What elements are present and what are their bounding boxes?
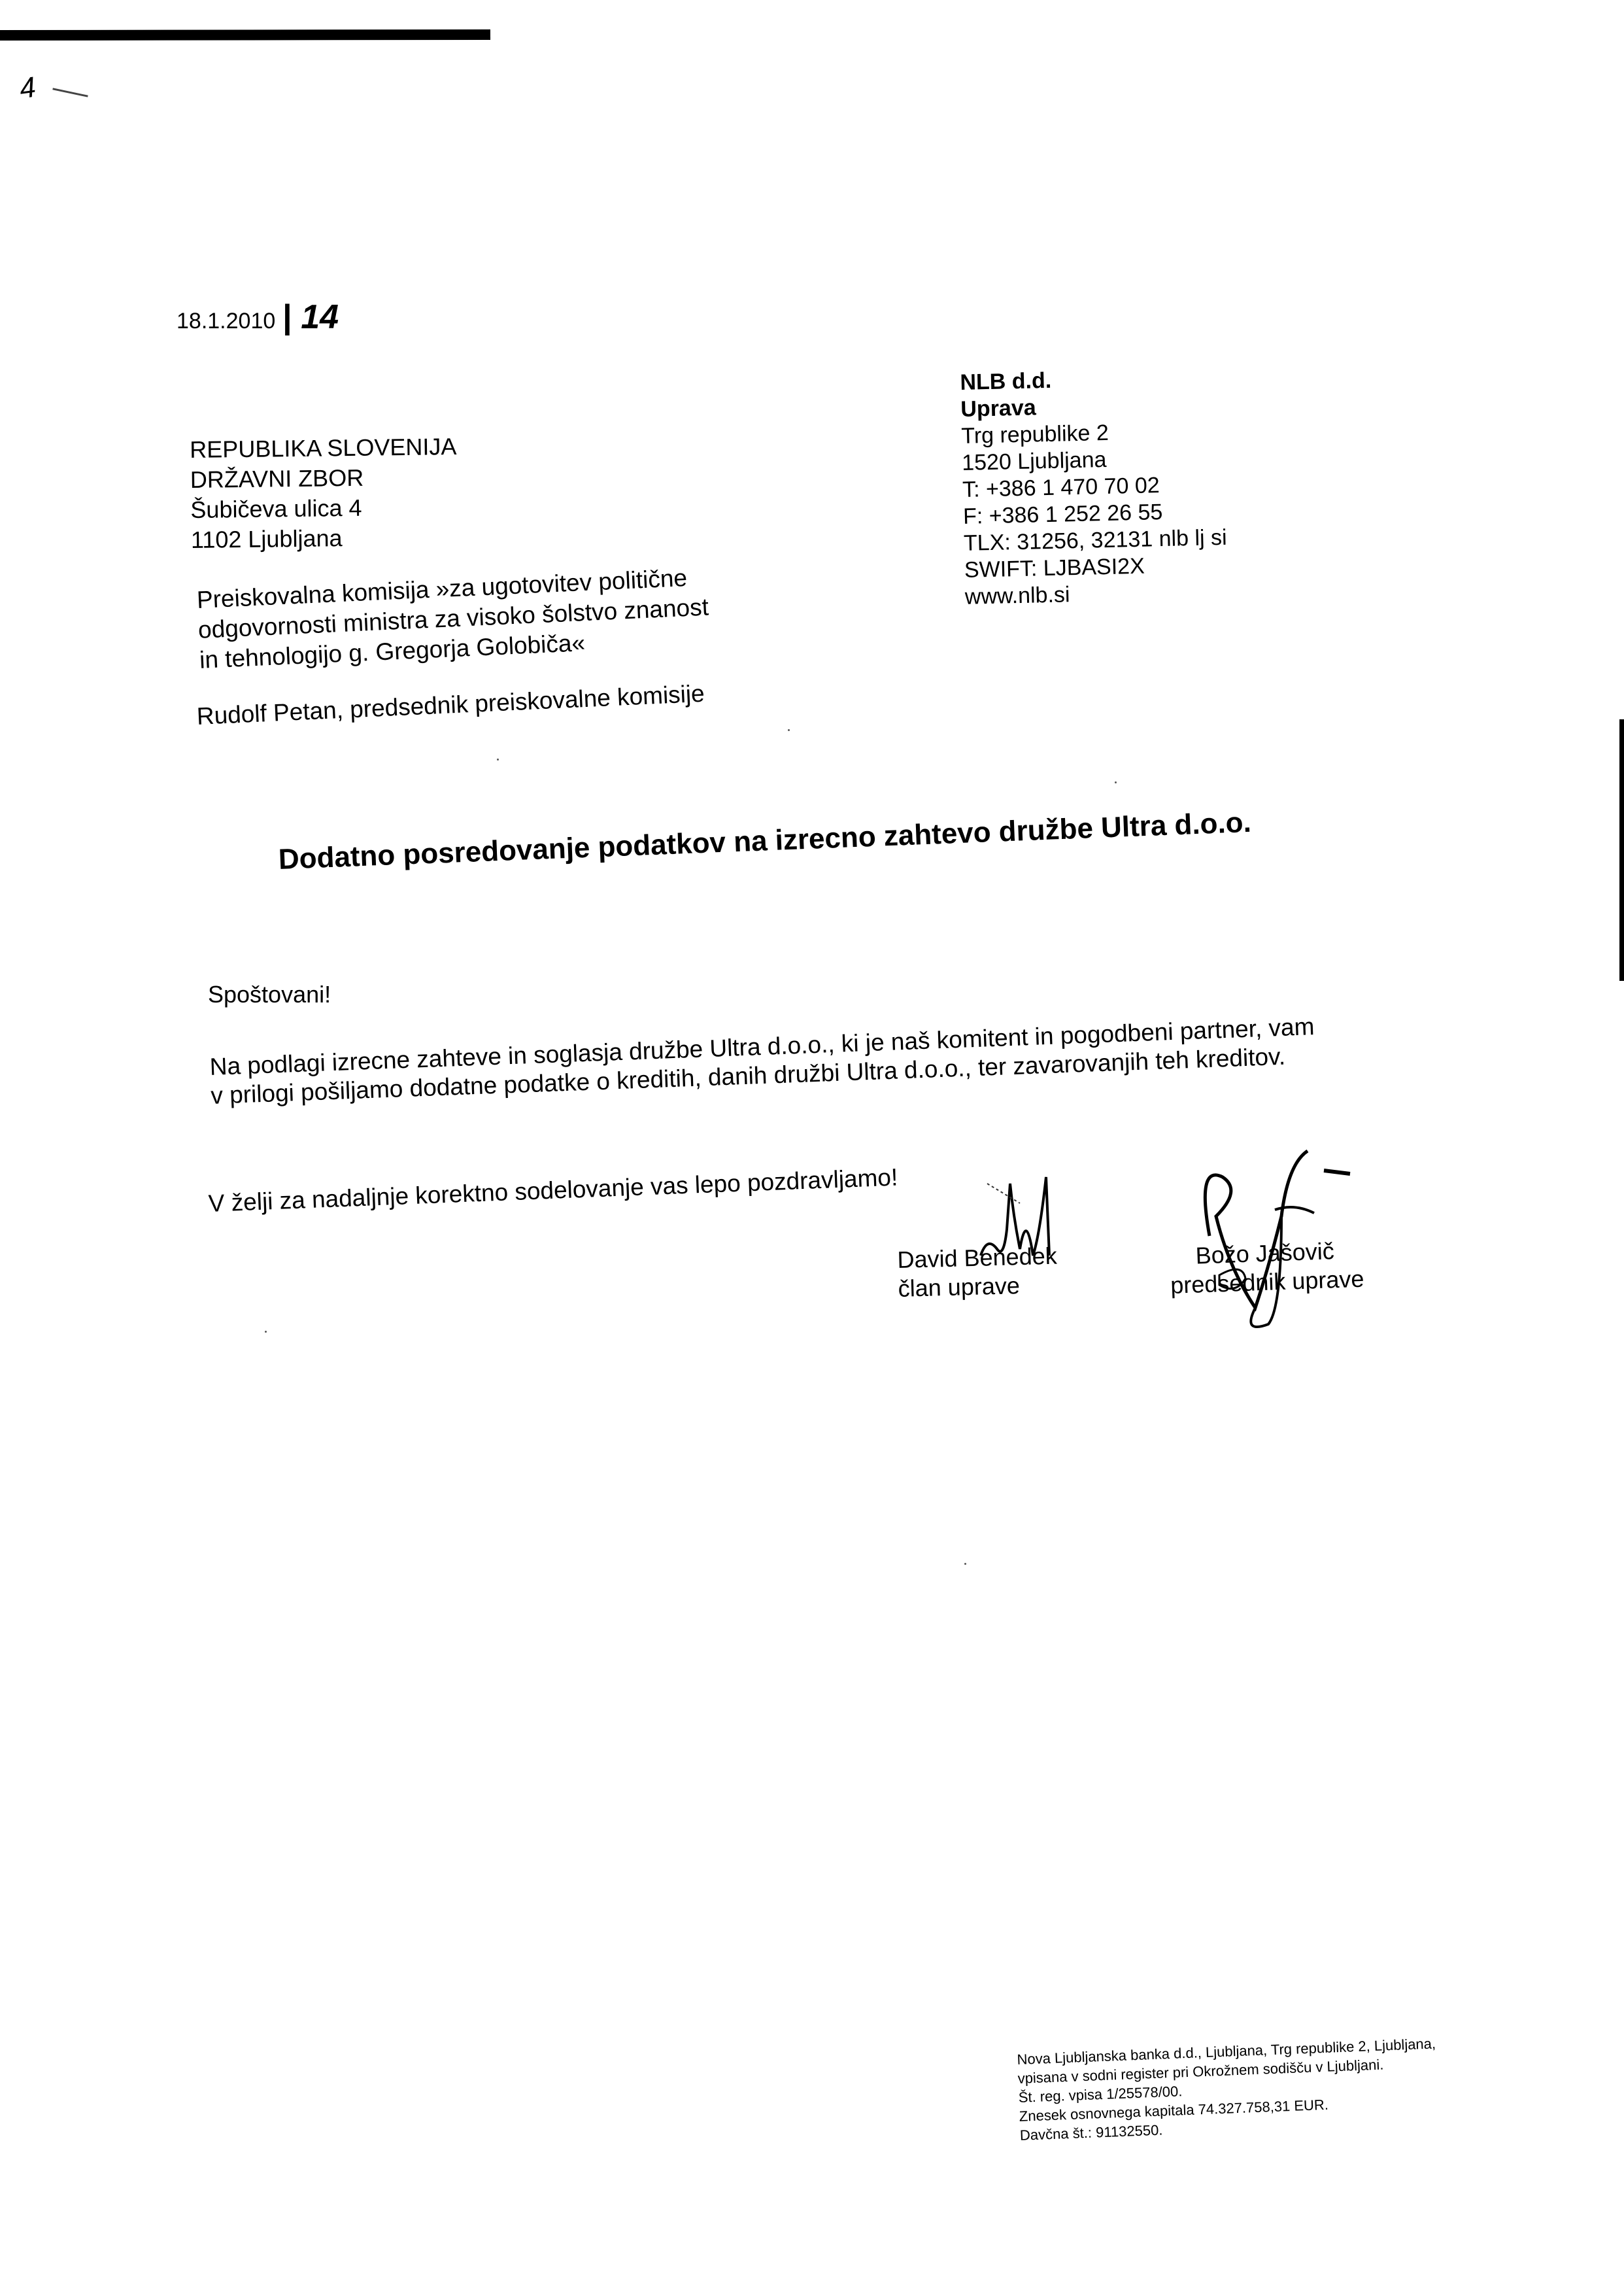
scan-speck [497, 759, 499, 761]
scan-border-top [0, 29, 490, 41]
salutation: Spoštovani! [208, 981, 331, 1008]
scan-speck [964, 1563, 966, 1565]
scan-border-right [1619, 719, 1624, 981]
commission-name: Preiskovalna komisija »za ugotovitev pol… [196, 562, 711, 676]
signatory-name: David Benedek [897, 1242, 1057, 1274]
signatory-benedek: David Benedek član uprave [897, 1242, 1058, 1303]
recipient-line: Šubičeva ulica 4 [190, 492, 458, 525]
recipient-line: DRŽAVNI ZBOR [190, 462, 458, 495]
commission-president: Rudolf Petan, predsednik preiskovalne ko… [196, 680, 705, 730]
letter-body: Na podlagi izrecne zahteve in soglasja d… [209, 1012, 1316, 1110]
closing-sentence: V želji za nadaljnje korektno sodelovanj… [208, 1163, 898, 1217]
signatory-role: član uprave [898, 1271, 1058, 1303]
legal-footer: Nova Ljubljanska banka d.d., Ljubljana, … [1017, 2034, 1439, 2144]
letter-date: 18.1.2010| 14 [177, 298, 339, 337]
recipient-address: REPUBLIKA SLOVENIJA DRŽAVNI ZBOR Šubičev… [190, 432, 458, 555]
scan-speck [1115, 781, 1117, 783]
recipient-line: REPUBLIKA SLOVENIJA [190, 432, 457, 465]
scan-speck [788, 729, 790, 731]
signatory-jasovic: Božo Jašovič predsednik uprave [1169, 1236, 1364, 1300]
recipient-line: 1102 Ljubljana [191, 522, 458, 555]
handwritten-page-number: 4 [18, 71, 38, 106]
scan-speck [265, 1331, 267, 1333]
printed-date: 18.1.2010 [177, 309, 275, 334]
handwritten-reference: | 14 [282, 298, 339, 336]
page-mark-stroke [52, 88, 88, 97]
letter-subject: Dodatno posredovanje podatkov na izrecno… [278, 806, 1252, 876]
sender-address: NLB d.d. Uprava Trg republike 2 1520 Lju… [960, 364, 1228, 611]
sender-website: www.nlb.si [964, 578, 1228, 611]
